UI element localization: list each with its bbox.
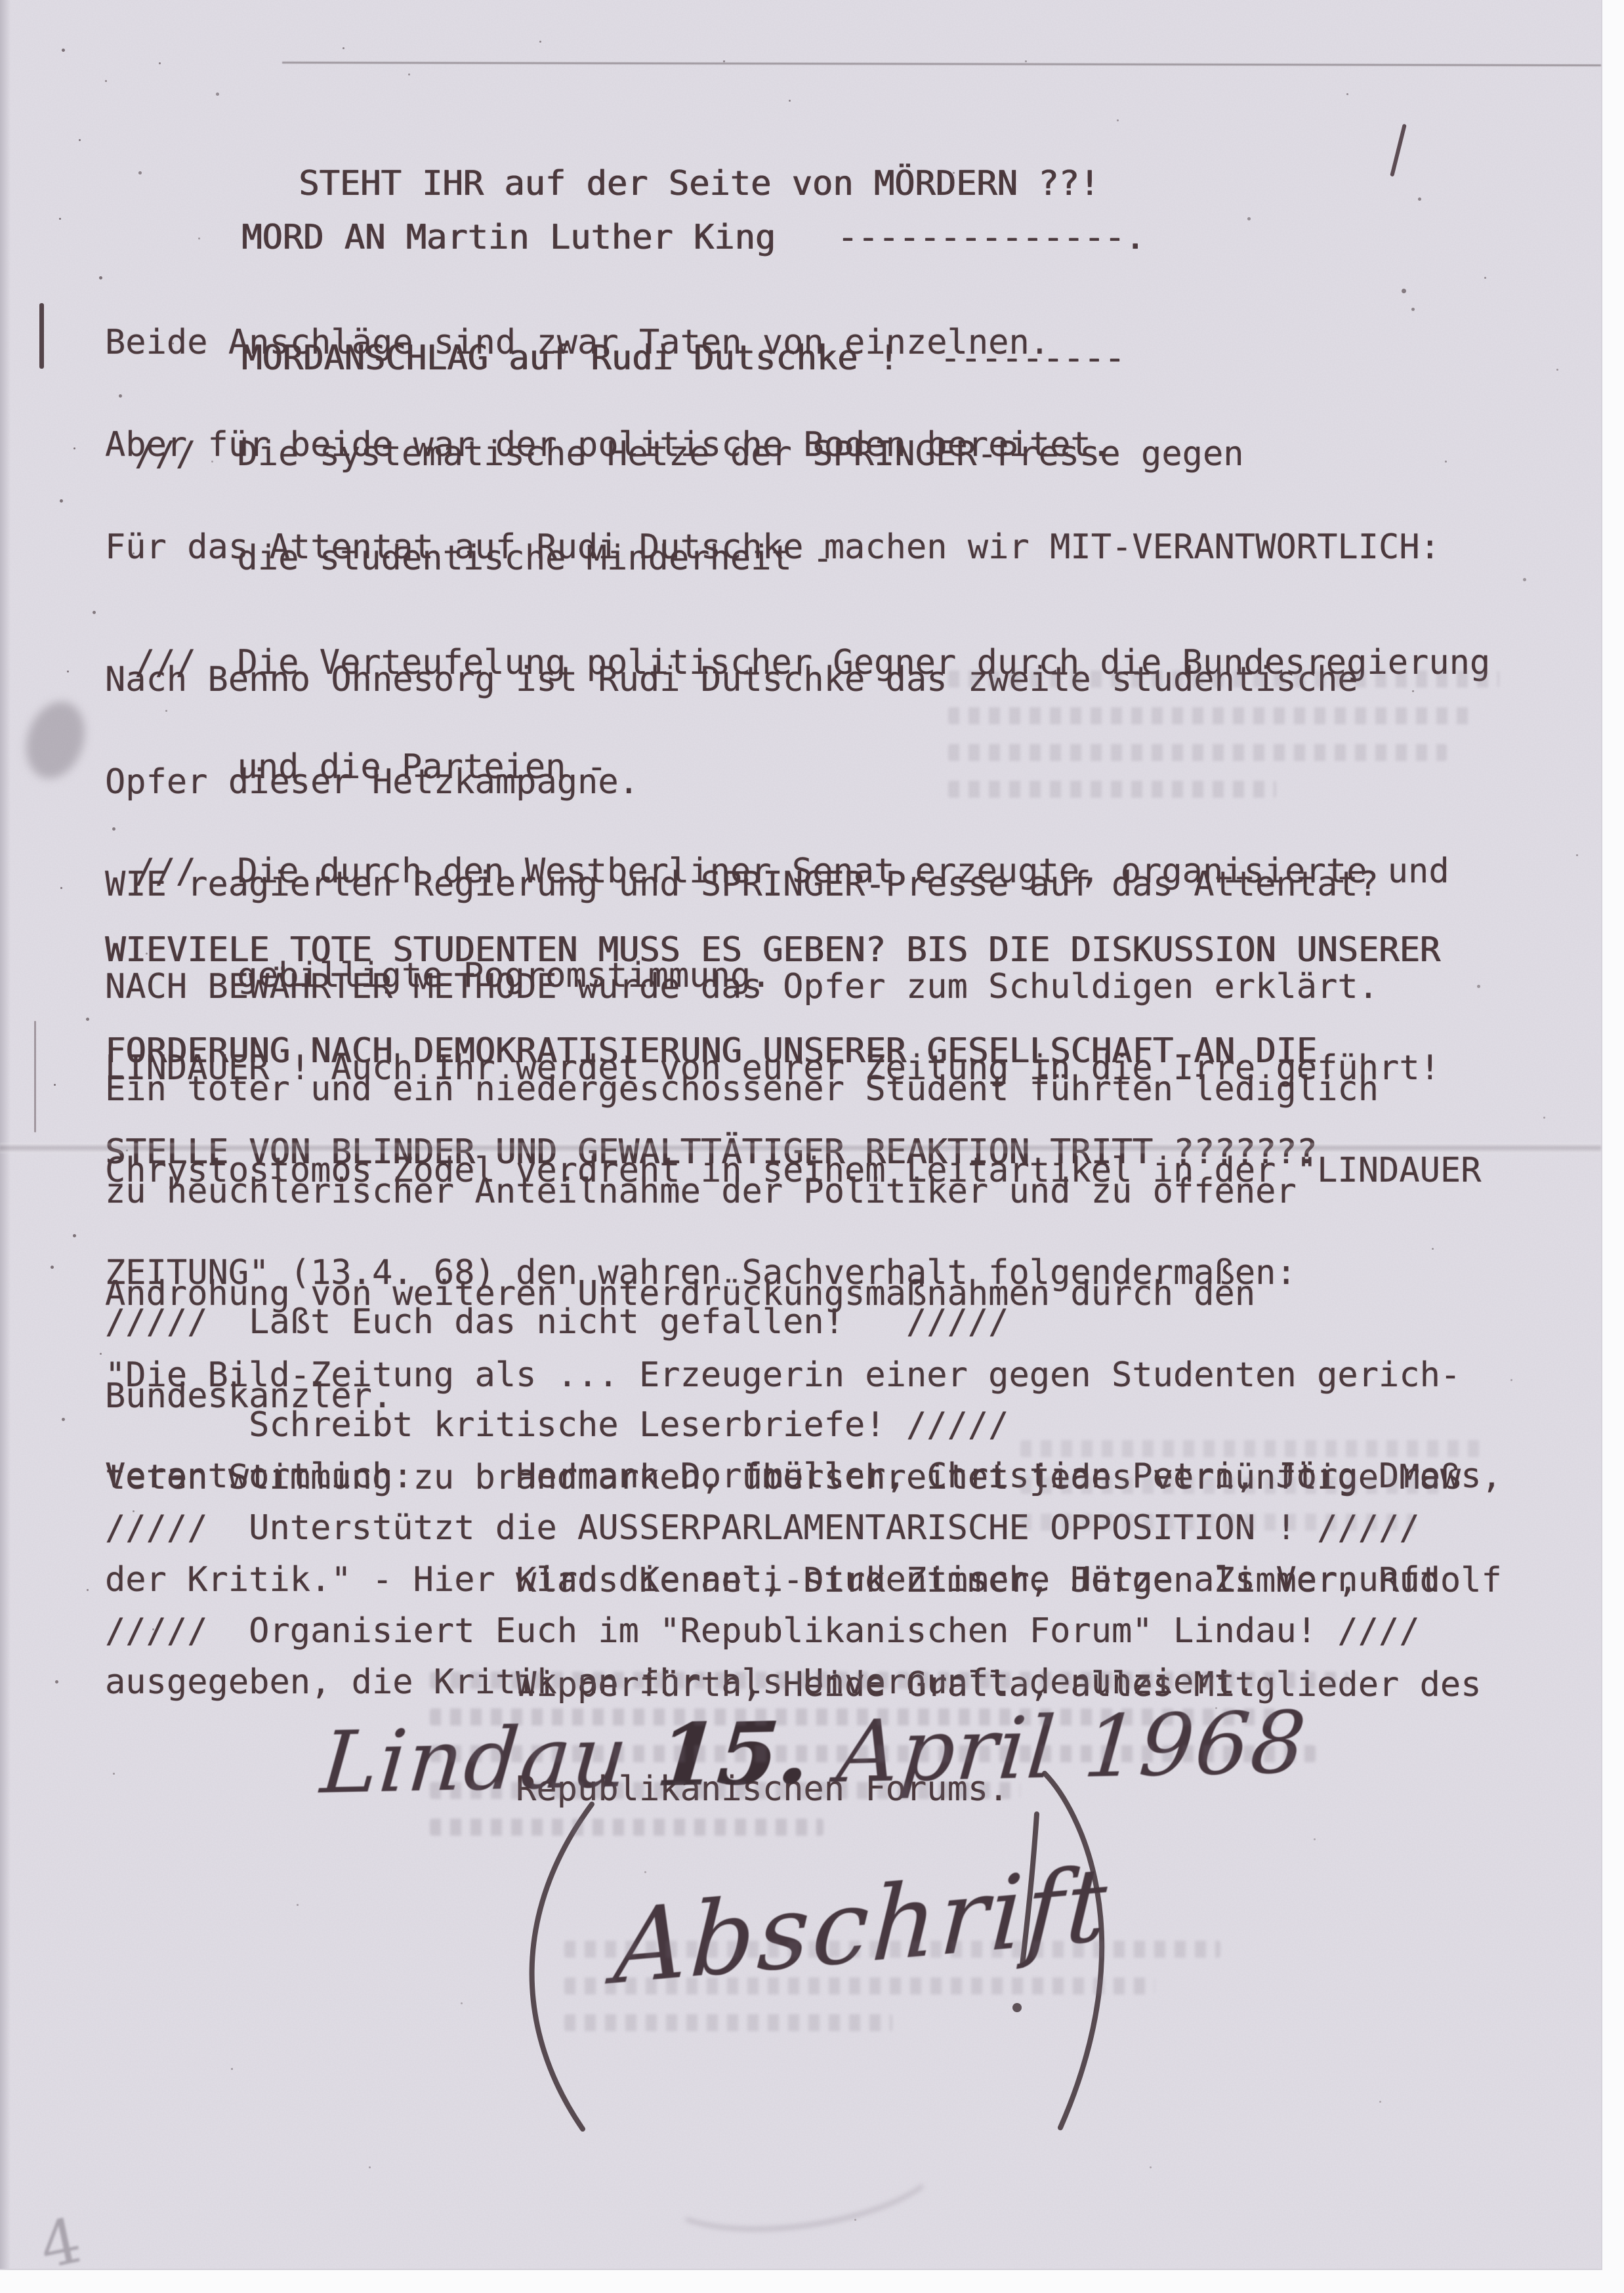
accusation-line: /// Die systematische Hetze der SPRINGER… (135, 437, 1490, 473)
fold-crease-line (0, 1143, 1601, 1153)
bleedthrough-text-ghost (948, 671, 1499, 817)
bleedthrough-text-ghost (1020, 1440, 1480, 1550)
lindauer-line: LINDAUER ! Auch Ihr werdet von eurer Zei… (105, 1051, 1482, 1085)
scanned-leaflet: STEHT IHR auf der Seite von MÖRDERN ??! … (0, 0, 1624, 2293)
ink-speck-layer-right (0, 0, 2, 2)
question-line: WIEVIELE TOTE STUDENTEN MUSS ES GEBEN? B… (105, 933, 1440, 966)
accusation-line: die studentische Minderheit - (135, 541, 1490, 577)
paper-sheet: STEHT IHR auf der Seite von MÖRDERN ??! … (0, 0, 1602, 2270)
top-scratch-line (282, 62, 1601, 66)
slogan-line: ///// Laßt Euch das nicht gefallen! ////… (105, 1305, 1420, 1340)
ink-slash-mark (1390, 123, 1407, 176)
left-margin-ink-line (39, 303, 44, 369)
intro-line: Beide Anschläge sind zwar Taten von einz… (105, 325, 1440, 360)
left-margin-faint-line (34, 1021, 36, 1132)
bleedthrough-text-ghost (564, 1941, 1220, 2051)
ink-smudge (17, 694, 94, 786)
paper-edge-shadow (0, 0, 10, 2269)
lindauer-line: Chrystostomos Zodel verdreht in seinem L… (105, 1153, 1482, 1188)
bleedthrough-text-ghost (430, 1672, 1348, 1855)
faint-pencil-mark: 4 (33, 2204, 87, 2283)
